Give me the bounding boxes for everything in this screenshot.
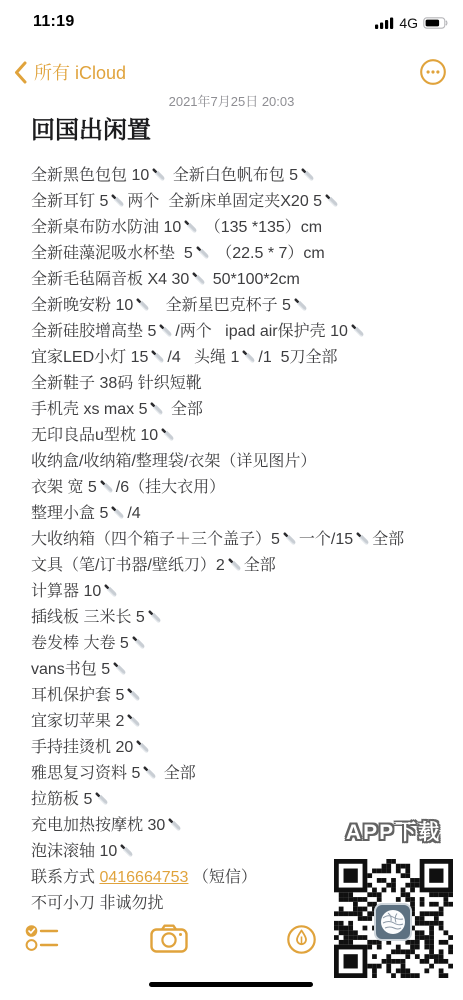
note-title: 回国出闲置: [31, 116, 447, 146]
note-line: 雅思复习资料 5 全部: [31, 761, 447, 787]
note-line: 衣架 宽 5/6（挂大衣用）: [31, 475, 447, 501]
knife-emoji: [281, 530, 298, 547]
knife-emoji: [166, 816, 183, 833]
note-line: 全新桌布防水防油 10 （135 *135）cm: [31, 215, 447, 241]
knife-emoji: [134, 296, 151, 313]
app-download-watermark: APP下载: [324, 816, 463, 992]
knife-emoji: [111, 660, 128, 677]
ellipsis-circle-icon: [419, 58, 447, 86]
note-line: 卷发棒 大卷 5: [31, 631, 447, 657]
more-options-button[interactable]: [419, 58, 447, 86]
knife-emoji: [125, 686, 142, 703]
knife-emoji: [349, 322, 366, 339]
note-line: 宜家LED小灯 15/4 头绳 1/1 5刀全部: [31, 345, 447, 371]
knife-emoji: [292, 296, 309, 313]
knife-emoji: [149, 348, 166, 365]
note-line: 耳机保护套 5: [31, 683, 447, 709]
note-line: 全新鞋子 38码 针织短靴: [31, 371, 447, 397]
note-line: 大收纳箱（四个箱子＋三个盖子）5一个/15全部: [31, 527, 447, 553]
knife-emoji: [194, 244, 211, 261]
knife-emoji: [130, 634, 147, 651]
knife-emoji: [109, 192, 126, 209]
status-time: 11:19: [33, 13, 75, 31]
knife-emoji: [93, 790, 110, 807]
note-line: 拉筋板 5: [31, 787, 447, 813]
knife-emoji: [148, 400, 165, 417]
qr-code: [327, 852, 460, 992]
knife-emoji: [354, 530, 371, 547]
knife-emoji: [125, 712, 142, 729]
network-type-label: 4G: [399, 15, 418, 31]
knife-emoji: [109, 504, 126, 521]
knife-emoji: [146, 608, 163, 625]
note-line: 全新耳钉 5两个 全新床单固定夹X20 5: [31, 189, 447, 215]
app-download-label: APP下载: [324, 816, 463, 846]
knife-emoji: [134, 738, 151, 755]
note-content[interactable]: 回国出闲置 全新黑色包包 10 全新白色帆布包 5全新耳钉 5两个 全新床单固定…: [31, 116, 447, 917]
note-line: 全新毛毡隔音板 X4 30 50*100*2cm: [31, 267, 447, 293]
note-line: 文具（笔/订书器/壁纸刀）2全部: [31, 553, 447, 579]
globe-fingerprint-logo: [379, 908, 407, 936]
knife-emoji: [299, 166, 316, 183]
knife-emoji: [102, 582, 119, 599]
note-line: vans书包 5: [31, 657, 447, 683]
knife-emoji: [190, 270, 207, 287]
checklist-button[interactable]: [25, 924, 63, 957]
status-indicators: 4G: [375, 15, 449, 31]
note-line: 手持挂烫机 20: [31, 735, 447, 761]
back-button-label: 所有 iCloud: [34, 59, 126, 85]
status-bar: 11:19 4G: [0, 0, 463, 44]
battery-icon: [423, 17, 449, 29]
knife-emoji: [141, 764, 158, 781]
note-line: 全新硅胶增高垫 5/两个 ipad air保护壳 10: [31, 319, 447, 345]
knife-emoji: [226, 556, 243, 573]
note-line: 全新黑色包包 10 全新白色帆布包 5: [31, 163, 447, 189]
checklist-icon: [25, 924, 63, 952]
chevron-left-icon: [14, 61, 27, 84]
back-button[interactable]: 所有 iCloud: [14, 59, 126, 85]
note-line: 全新硅藻泥吸水杯垫 5 （22.5 * 7）cm: [31, 241, 447, 267]
note-line: 无印良品u型枕 10: [31, 423, 447, 449]
note-line: 宜家切苹果 2: [31, 709, 447, 735]
home-indicator[interactable]: [149, 982, 313, 987]
notes-app-screen: 11:19 4G 所有 iCloud: [0, 0, 463, 1000]
camera-icon: [149, 923, 190, 954]
qr-center-logo: [374, 903, 412, 941]
note-line: 手机壳 xs max 5 全部: [31, 397, 447, 423]
knife-emoji: [323, 192, 340, 209]
note-line: 插线板 三米长 5: [31, 605, 447, 631]
knife-emoji: [182, 218, 199, 235]
note-line: 全新晚安粉 10 全新星巴克杯子 5: [31, 293, 447, 319]
note-line: 计算器 10: [31, 579, 447, 605]
note-line: 整理小盒 5/4: [31, 501, 447, 527]
phone-link[interactable]: 0416664753: [99, 869, 188, 886]
nav-bar: 所有 iCloud: [14, 54, 447, 90]
knife-emoji: [98, 478, 115, 495]
knife-emoji: [159, 426, 176, 443]
knife-emoji: [150, 166, 167, 183]
knife-emoji: [157, 322, 174, 339]
note-lines: 全新黑色包包 10 全新白色帆布包 5全新耳钉 5两个 全新床单固定夹X20 5…: [31, 163, 447, 917]
knife-emoji: [118, 842, 135, 859]
cellular-signal-icon: [375, 17, 394, 29]
knife-emoji: [240, 348, 257, 365]
note-line: 收纳盒/收纳箱/整理袋/衣架（详见图片）: [31, 449, 447, 475]
camera-button[interactable]: [149, 923, 190, 959]
note-date: 2021年7月25日 20:03: [0, 91, 463, 110]
markup-button[interactable]: [286, 924, 317, 960]
markup-pen-icon: [286, 924, 317, 955]
